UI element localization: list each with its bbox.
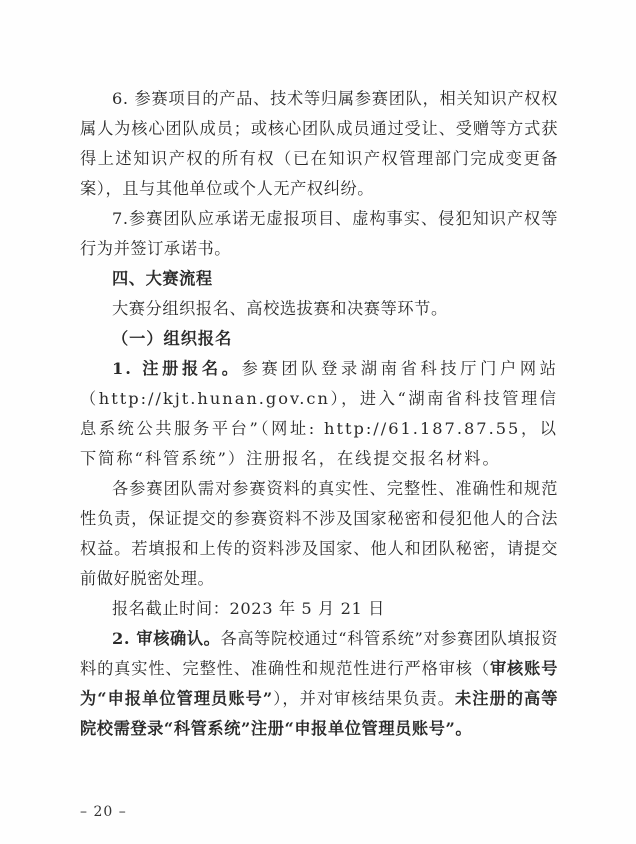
document-body: 6. 参赛项目的产品、技术等归属参赛团队，相关知识产权权属人为核心团队成员；或核… [80, 84, 558, 744]
section-heading-competition-process: 四、大赛流程 [80, 264, 558, 294]
document-page: 6. 参赛项目的产品、技术等归属参赛团队，相关知识产权权属人为核心团队成员；或核… [0, 0, 636, 844]
subsection-heading-registration: （一）组织报名 [80, 324, 558, 354]
review-step-text-b: ），并对审核结果负责。 [273, 689, 455, 708]
paragraph-registration-step: 1. 注册报名。参赛团队登录湖南省科技厅门户网站（http://kjt.huna… [80, 354, 558, 474]
registration-step-title: 1. 注册报名。 [112, 359, 242, 378]
paragraph-responsibility: 各参赛团队需对参赛资料的真实性、完整性、准确性和规范性负责，保证提交的参赛资料不… [80, 474, 558, 594]
registration-deadline: 报名截止时间：2023 年 5 月 21 日 [80, 594, 558, 624]
paragraph-item-6: 6. 参赛项目的产品、技术等归属参赛团队，相关知识产权权属人为核心团队成员；或核… [80, 84, 558, 204]
paragraph-review-step: 2. 审核确认。各高等院校通过“科管系统”对参赛团队填报资料的真实性、完整性、准… [80, 624, 558, 744]
page-number: – 20 – [80, 804, 127, 820]
section-intro: 大赛分组织报名、高校选拔赛和决赛等环节。 [80, 294, 558, 324]
review-step-title: 2. 审核确认。 [112, 629, 221, 648]
paragraph-item-7: 7.参赛团队应承诺无虚报项目、虚构事实、侵犯知识产权等行为并签订承诺书。 [80, 204, 558, 264]
